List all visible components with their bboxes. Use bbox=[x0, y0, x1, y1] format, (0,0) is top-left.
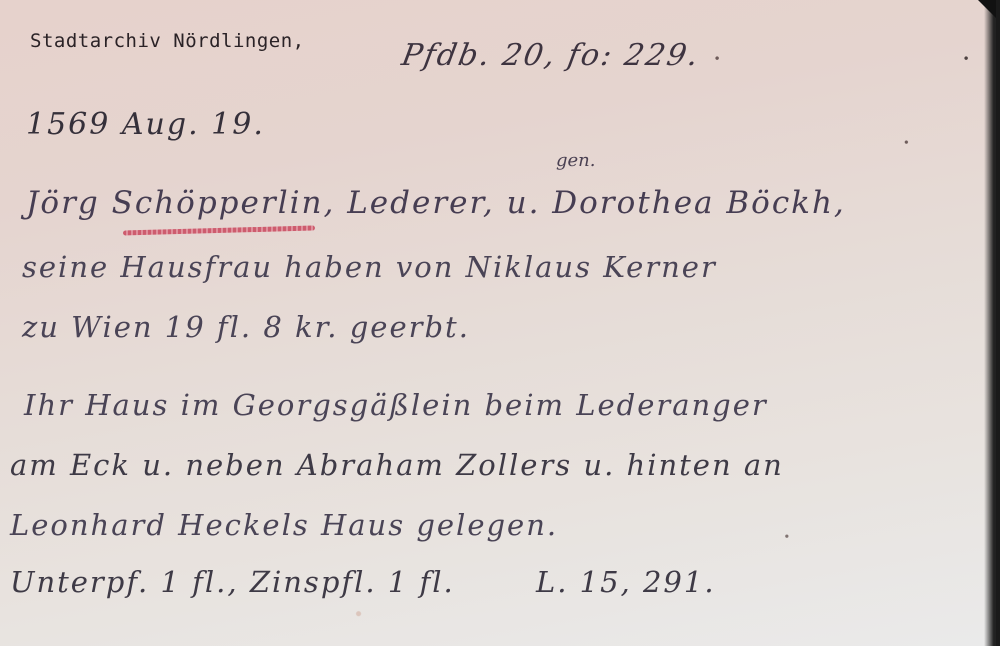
archive-reference: Pfdb. 20, fo: 229. bbox=[399, 38, 703, 73]
card-corner bbox=[978, 0, 996, 18]
text-line-4: Ihr Haus im Georgsgäßlein beim Lederange… bbox=[24, 388, 768, 422]
archive-index-card: Stadtarchiv Nördlingen, Pfdb. 20, fo: 22… bbox=[0, 0, 996, 646]
entry-date: 1569 Aug. 19. bbox=[26, 107, 265, 142]
text-line-1: Jörg Schöpperlin, Lederer, u. Dorothea B… bbox=[26, 185, 846, 221]
red-underline-mark bbox=[123, 225, 315, 235]
typed-archive-header: Stadtarchiv Nördlingen, bbox=[30, 30, 305, 52]
superscript-annotation: gen. bbox=[556, 150, 596, 171]
citation-reference: L. 15, 291. bbox=[536, 565, 716, 599]
text-line-3: zu Wien 19 fl. 8 kr. geerbt. bbox=[22, 310, 470, 344]
text-line-5: am Eck u. neben Abraham Zollers u. hinte… bbox=[10, 448, 784, 482]
text-line-2: seine Hausfrau haben von Niklaus Kerner bbox=[22, 250, 717, 284]
card-edge-shadow bbox=[984, 0, 996, 646]
text-line-7-content: Unterpf. 1 fl., Zinspfl. 1 fl. bbox=[10, 565, 455, 599]
text-line-6: Leonhard Heckels Haus gelegen. bbox=[10, 508, 558, 542]
text-line-7: Unterpf. 1 fl., Zinspfl. 1 fl. L. 15, 29… bbox=[10, 565, 716, 599]
